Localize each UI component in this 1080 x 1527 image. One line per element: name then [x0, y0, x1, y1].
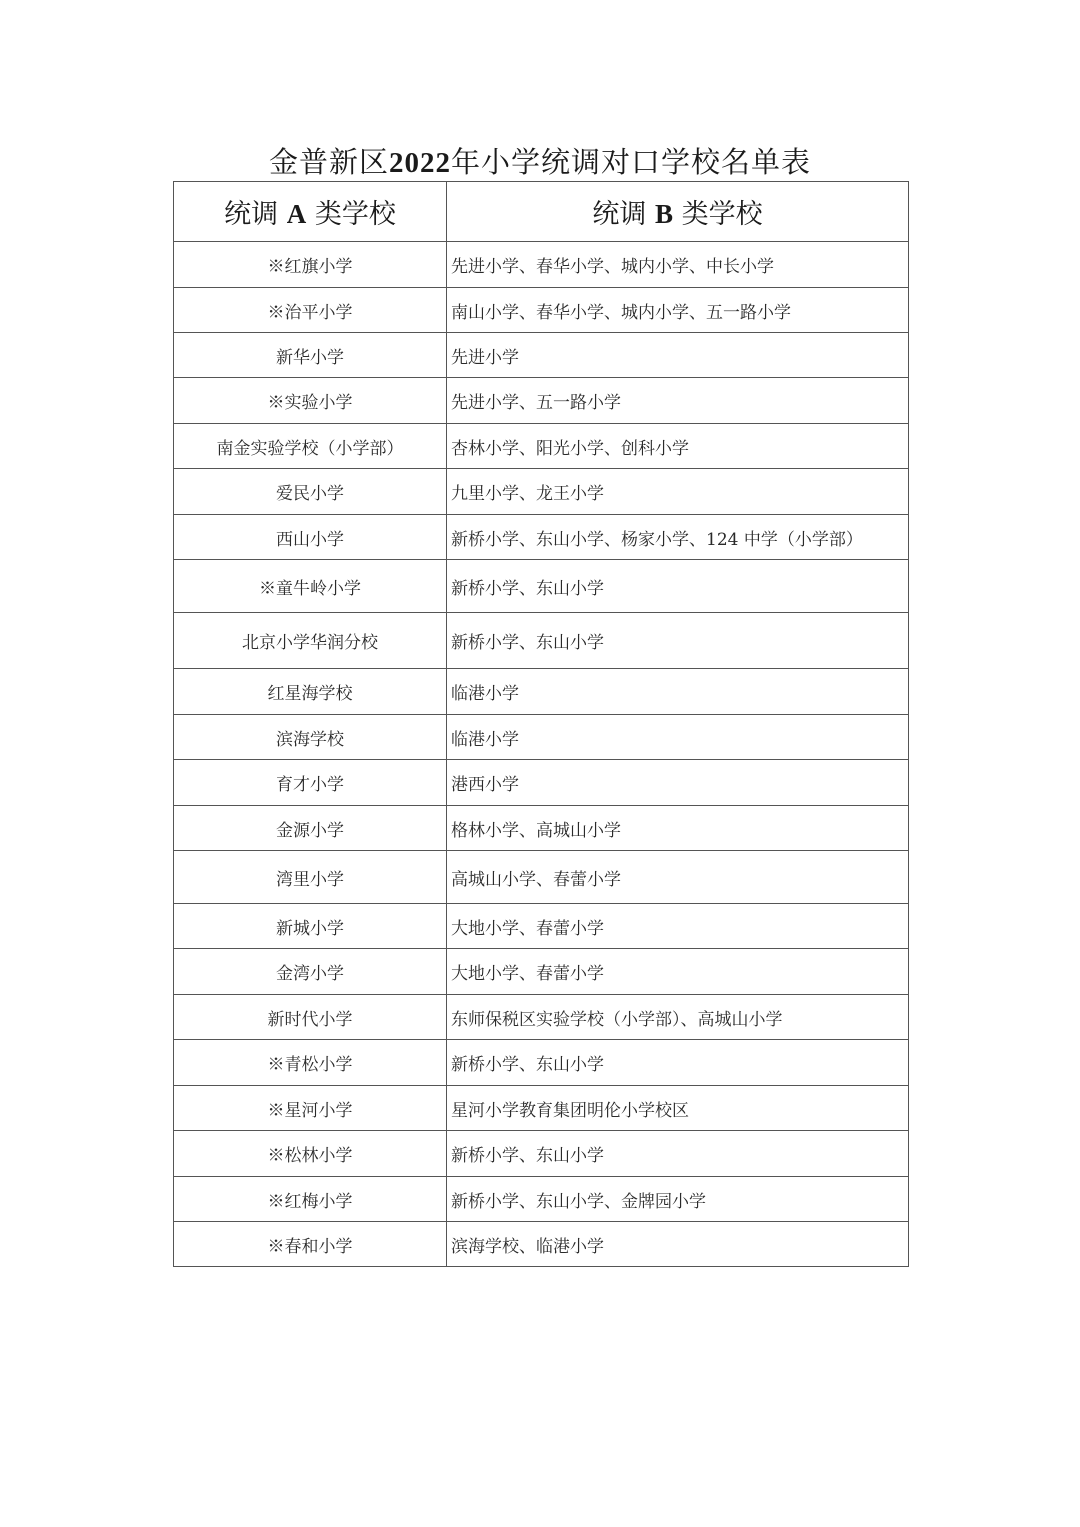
- title-prefix: 金普新区: [269, 145, 389, 179]
- category-a-school: ※青松小学: [174, 1040, 447, 1086]
- table-row: ※童牛岭小学新桥小学、东山小学: [174, 560, 909, 613]
- category-a-school: ※星河小学: [174, 1086, 447, 1131]
- category-a-school: ※红旗小学: [174, 242, 447, 288]
- category-b-schools: 星河小学教育集团明伦小学校区: [447, 1086, 909, 1131]
- category-b-schools: 新桥小学、东山小学: [447, 1040, 909, 1086]
- category-b-schools: 新桥小学、东山小学: [447, 1131, 909, 1177]
- category-b-schools: 大地小学、春蕾小学: [447, 949, 909, 995]
- category-b-schools: 新桥小学、东山小学、杨家小学、124 中学（小学部）: [447, 515, 909, 560]
- page-title: 金普新区2022年小学统调对口学校名单表: [0, 140, 1080, 181]
- table-row: 新时代小学东师保税区实验学校（小学部）、高城山小学: [174, 995, 909, 1040]
- table-row: ※青松小学新桥小学、东山小学: [174, 1040, 909, 1086]
- category-b-schools: 九里小学、龙王小学: [447, 469, 909, 515]
- category-a-school: ※松林小学: [174, 1131, 447, 1177]
- table-row: ※治平小学南山小学、春华小学、城内小学、五一路小学: [174, 288, 909, 333]
- category-b-schools: 滨海学校、临港小学: [447, 1222, 909, 1267]
- category-b-schools: 新桥小学、东山小学、金牌园小学: [447, 1177, 909, 1222]
- header-category-b: 统调 B 类学校: [447, 182, 909, 242]
- school-mapping-table: 统调 A 类学校 统调 B 类学校 ※红旗小学先进小学、春华小学、城内小学、中长…: [173, 181, 909, 1267]
- table-row: 新城小学大地小学、春蕾小学: [174, 904, 909, 949]
- table-row: 新华小学先进小学: [174, 333, 909, 378]
- header-a-pre: 统调: [224, 199, 278, 230]
- category-a-school: ※实验小学: [174, 378, 447, 424]
- category-b-schools: 港西小学: [447, 760, 909, 806]
- category-a-school: 金湾小学: [174, 949, 447, 995]
- title-suffix: 年小学统调对口学校名单表: [451, 145, 811, 179]
- header-category-a: 统调 A 类学校: [174, 182, 447, 242]
- category-a-school: ※童牛岭小学: [174, 560, 447, 613]
- category-b-schools: 新桥小学、东山小学: [447, 613, 909, 669]
- category-a-school: 西山小学: [174, 515, 447, 560]
- table-row: 北京小学华润分校新桥小学、东山小学: [174, 613, 909, 669]
- category-b-schools: 先进小学: [447, 333, 909, 378]
- table-row: 金源小学格林小学、高城山小学: [174, 806, 909, 851]
- table-row: ※红旗小学先进小学、春华小学、城内小学、中长小学: [174, 242, 909, 288]
- category-a-school: ※红梅小学: [174, 1177, 447, 1222]
- category-a-school: ※治平小学: [174, 288, 447, 333]
- header-a-letter: A: [287, 199, 307, 229]
- category-a-school: 新华小学: [174, 333, 447, 378]
- category-b-schools: 先进小学、春华小学、城内小学、中长小学: [447, 242, 909, 288]
- category-b-schools: 先进小学、五一路小学: [447, 378, 909, 424]
- category-b-schools: 东师保税区实验学校（小学部）、高城山小学: [447, 995, 909, 1040]
- table-row: 爱民小学九里小学、龙王小学: [174, 469, 909, 515]
- category-a-school: 滨海学校: [174, 715, 447, 760]
- header-b-post: 类学校: [682, 199, 763, 230]
- category-b-schools: 大地小学、春蕾小学: [447, 904, 909, 949]
- category-b-schools: 临港小学: [447, 715, 909, 760]
- category-a-school: 爱民小学: [174, 469, 447, 515]
- table-row: ※松林小学新桥小学、东山小学: [174, 1131, 909, 1177]
- category-a-school: 新城小学: [174, 904, 447, 949]
- title-year: 2022: [389, 147, 451, 179]
- table-row: ※春和小学滨海学校、临港小学: [174, 1222, 909, 1267]
- category-a-school: 红星海学校: [174, 669, 447, 715]
- category-b-schools: 临港小学: [447, 669, 909, 715]
- table-row: 育才小学港西小学: [174, 760, 909, 806]
- category-b-schools: 南山小学、春华小学、城内小学、五一路小学: [447, 288, 909, 333]
- header-b-letter: B: [655, 199, 673, 229]
- category-b-schools: 格林小学、高城山小学: [447, 806, 909, 851]
- category-a-school: 育才小学: [174, 760, 447, 806]
- table-body: ※红旗小学先进小学、春华小学、城内小学、中长小学※治平小学南山小学、春华小学、城…: [174, 242, 909, 1267]
- category-a-school: 北京小学华润分校: [174, 613, 447, 669]
- table-header-row: 统调 A 类学校 统调 B 类学校: [174, 182, 909, 242]
- category-a-school: ※春和小学: [174, 1222, 447, 1267]
- header-b-pre: 统调: [592, 199, 646, 230]
- category-a-school: 湾里小学: [174, 851, 447, 904]
- table-row: 湾里小学高城山小学、春蕾小学: [174, 851, 909, 904]
- table-row: ※星河小学星河小学教育集团明伦小学校区: [174, 1086, 909, 1131]
- table-row: 金湾小学大地小学、春蕾小学: [174, 949, 909, 995]
- category-a-school: 金源小学: [174, 806, 447, 851]
- table-row: 西山小学新桥小学、东山小学、杨家小学、124 中学（小学部）: [174, 515, 909, 560]
- table-row: 滨海学校临港小学: [174, 715, 909, 760]
- table-row: ※实验小学先进小学、五一路小学: [174, 378, 909, 424]
- category-a-school: 南金实验学校（小学部）: [174, 424, 447, 469]
- category-b-schools: 杏林小学、阳光小学、创科小学: [447, 424, 909, 469]
- table-row: ※红梅小学新桥小学、东山小学、金牌园小学: [174, 1177, 909, 1222]
- category-b-schools: 高城山小学、春蕾小学: [447, 851, 909, 904]
- header-a-post: 类学校: [315, 199, 396, 230]
- category-a-school: 新时代小学: [174, 995, 447, 1040]
- category-b-schools: 新桥小学、东山小学: [447, 560, 909, 613]
- table-row: 红星海学校临港小学: [174, 669, 909, 715]
- table-row: 南金实验学校（小学部）杏林小学、阳光小学、创科小学: [174, 424, 909, 469]
